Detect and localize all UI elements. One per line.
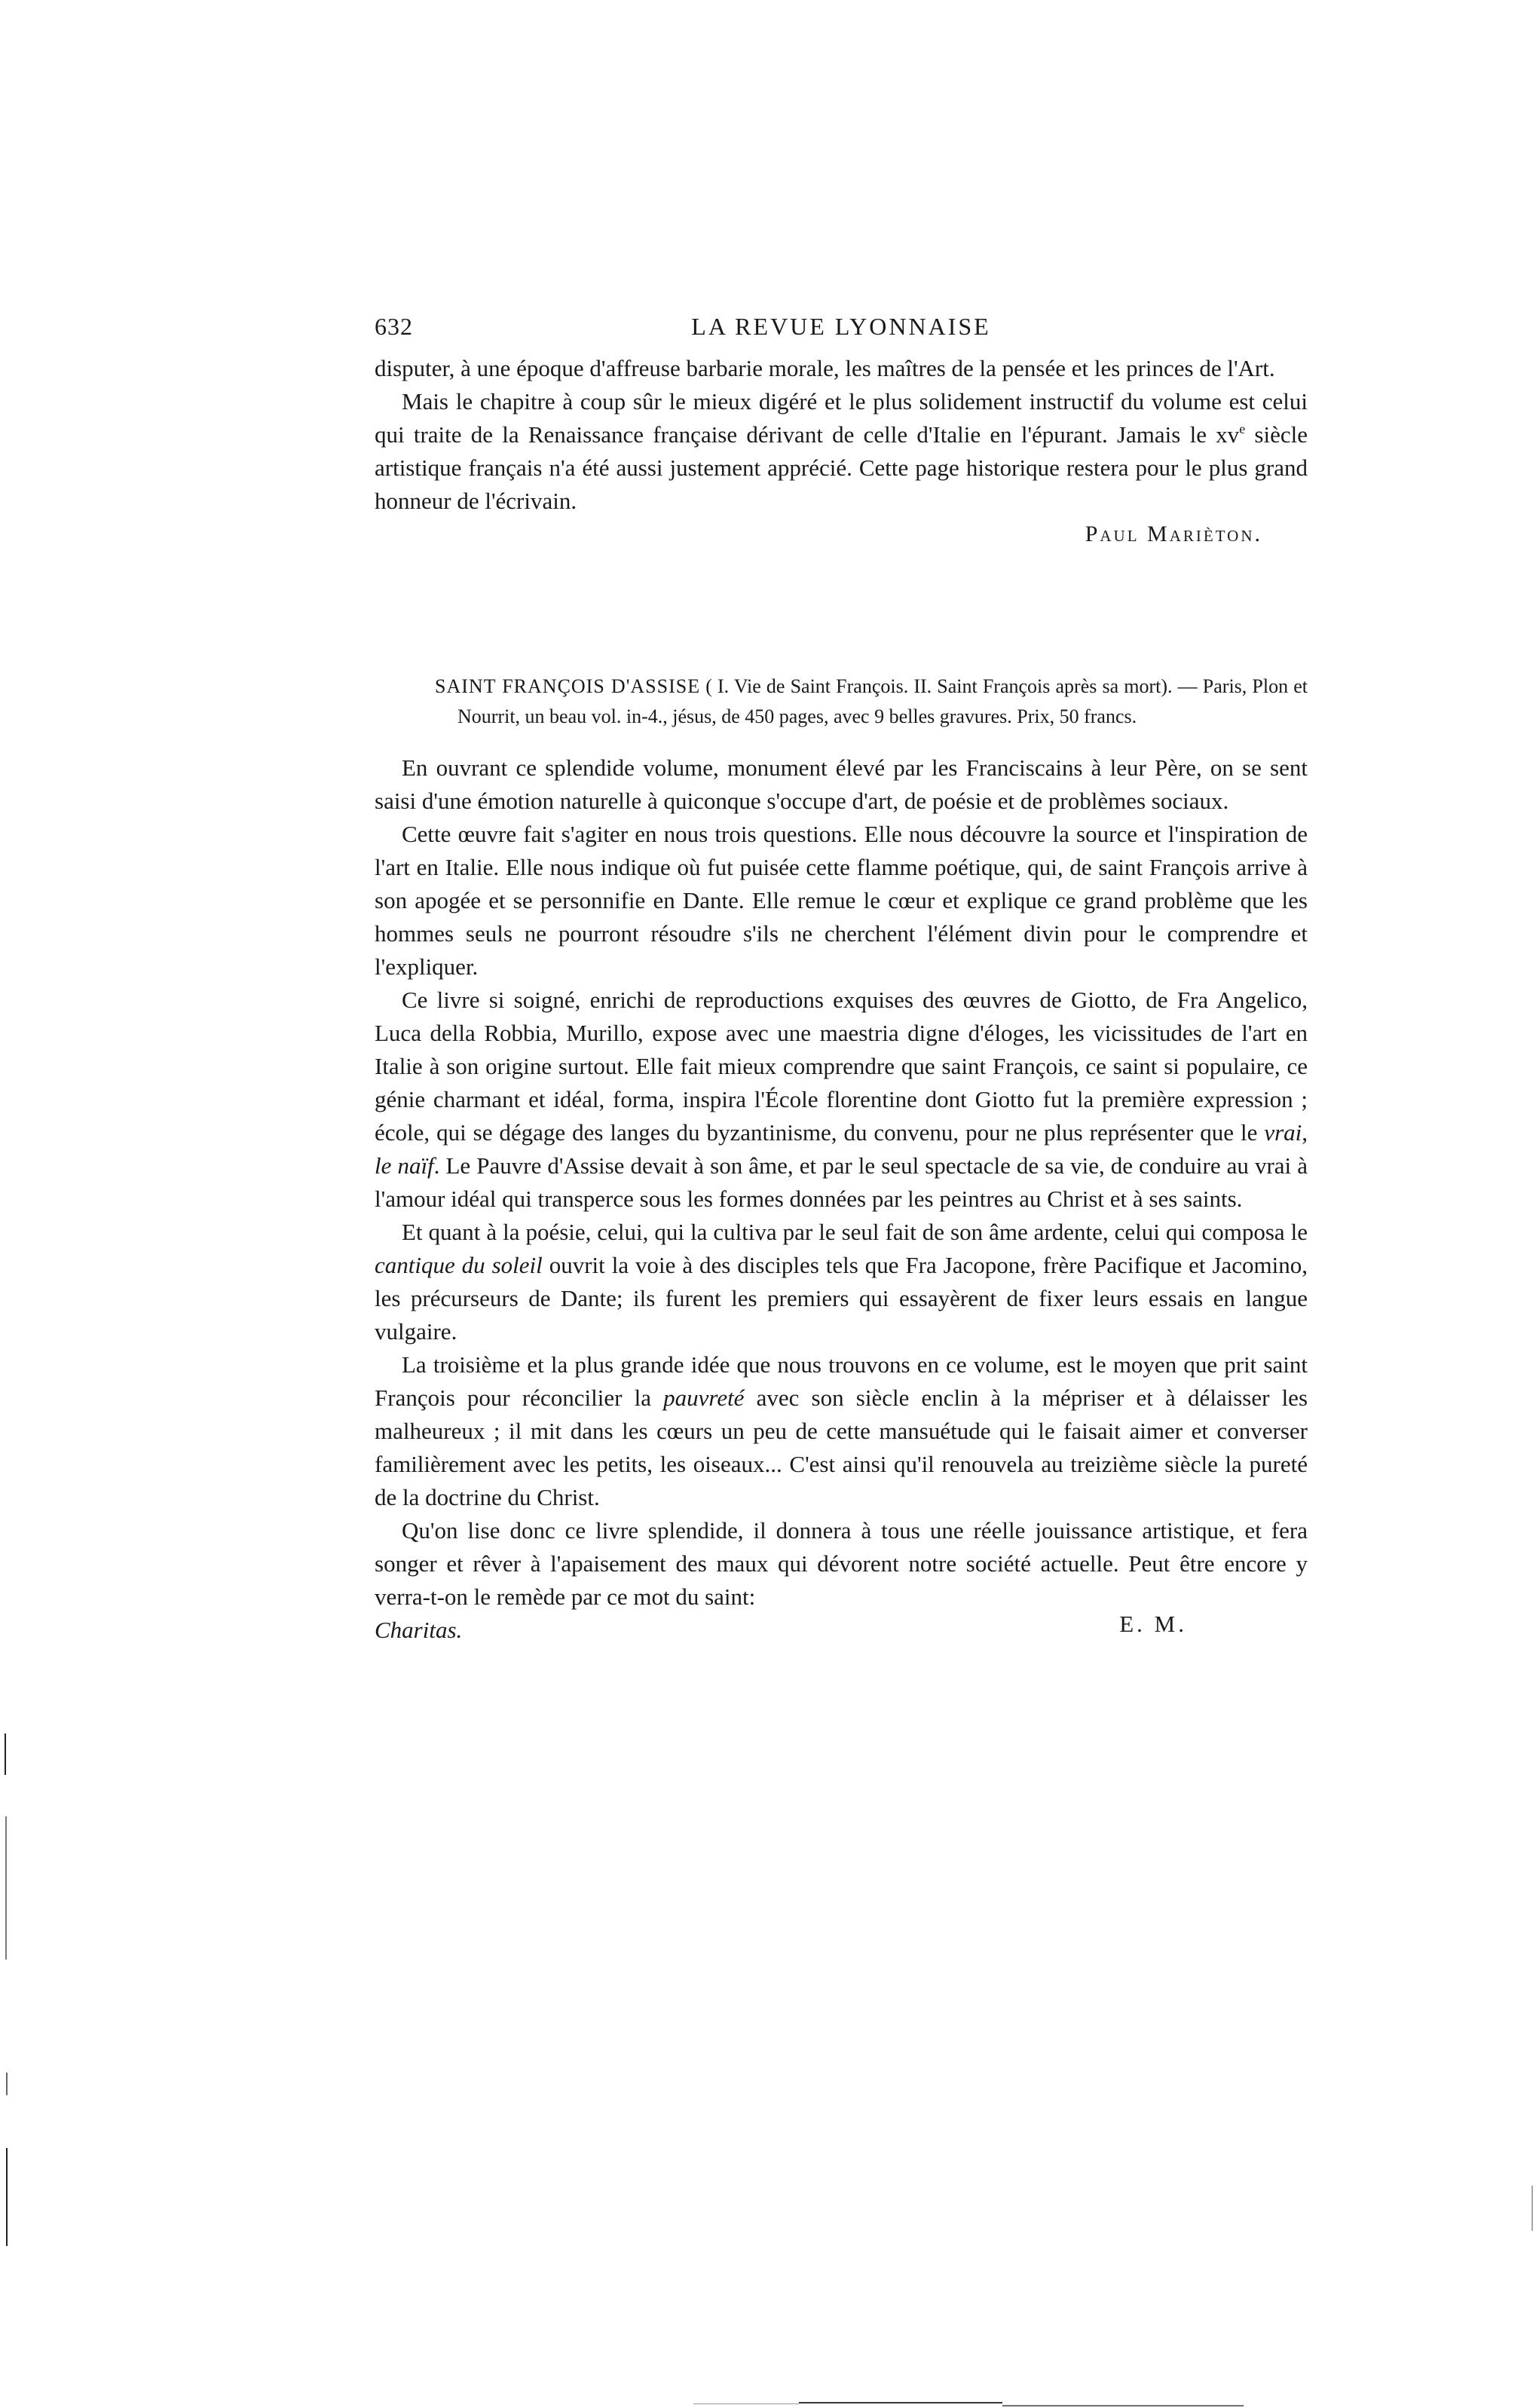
running-head: 632 LA REVUE LYONNAISE — [375, 305, 1308, 347]
superscript: e — [1239, 421, 1245, 436]
closing-word: Charitas. — [375, 1617, 462, 1643]
previous-review-continuation: disputer, à une époque d'affreuse barbar… — [375, 352, 1308, 551]
paragraph: Et quant à la poésie, celui, qui la cult… — [375, 1216, 1308, 1348]
paragraph-text: Ce livre si soigné, enrichi de reproduct… — [375, 987, 1308, 1146]
review-body: En ouvrant ce splendide volume, monument… — [375, 751, 1308, 1647]
scan-edge-mark — [1531, 2186, 1533, 2231]
review-bibliographic-heading: SAINT FRANÇOIS D'ASSISE ( I. Vie de Sain… — [435, 672, 1308, 732]
author-initials: E. M. — [1119, 1608, 1187, 1641]
book-title: SAINT FRANÇOIS D'ASSISE — [435, 675, 700, 697]
paragraph-text: . Le Pauvre d'Assise devait à son âme, e… — [375, 1152, 1308, 1212]
italic-phrase: pauvreté — [663, 1385, 744, 1411]
paragraph: En ouvrant ce splendide volume, monument… — [375, 751, 1308, 818]
scan-edge-mark — [5, 1733, 6, 1775]
journal-title: LA REVUE LYONNAISE — [375, 305, 1308, 347]
author-signature: Paul Marièton. — [375, 518, 1308, 551]
paragraph: Cette œuvre fait s'agiter en nous trois … — [375, 818, 1308, 984]
scan-bottom-rule — [693, 2403, 799, 2404]
scan-bottom-rule — [1002, 2405, 1244, 2406]
scan-edge-mark — [6, 2148, 8, 2246]
scan-edge-mark — [5, 1816, 7, 1960]
paragraph: disputer, à une époque d'affreuse barbar… — [375, 352, 1308, 385]
document-page: 632 LA REVUE LYONNAISE disputer, à une é… — [375, 305, 1308, 1647]
scan-bottom-rule — [799, 2402, 1002, 2403]
paragraph: Ce livre si soigné, enrichi de reproduct… — [375, 984, 1308, 1216]
closing-line: Charitas. E. M. — [375, 1614, 1308, 1647]
paragraph-text: Et quant à la poésie, celui, qui la cult… — [402, 1219, 1308, 1245]
paragraph-text: Mais le chapitre à coup sûr le mieux dig… — [375, 388, 1308, 448]
italic-phrase: cantique du soleil — [375, 1252, 543, 1278]
paragraph: La troisième et la plus grande idée que … — [375, 1348, 1308, 1514]
paragraph: Mais le chapitre à coup sûr le mieux dig… — [375, 385, 1308, 518]
scan-edge-mark — [6, 2073, 8, 2095]
paragraph: Qu'on lise donc ce livre splendide, il d… — [375, 1514, 1308, 1614]
